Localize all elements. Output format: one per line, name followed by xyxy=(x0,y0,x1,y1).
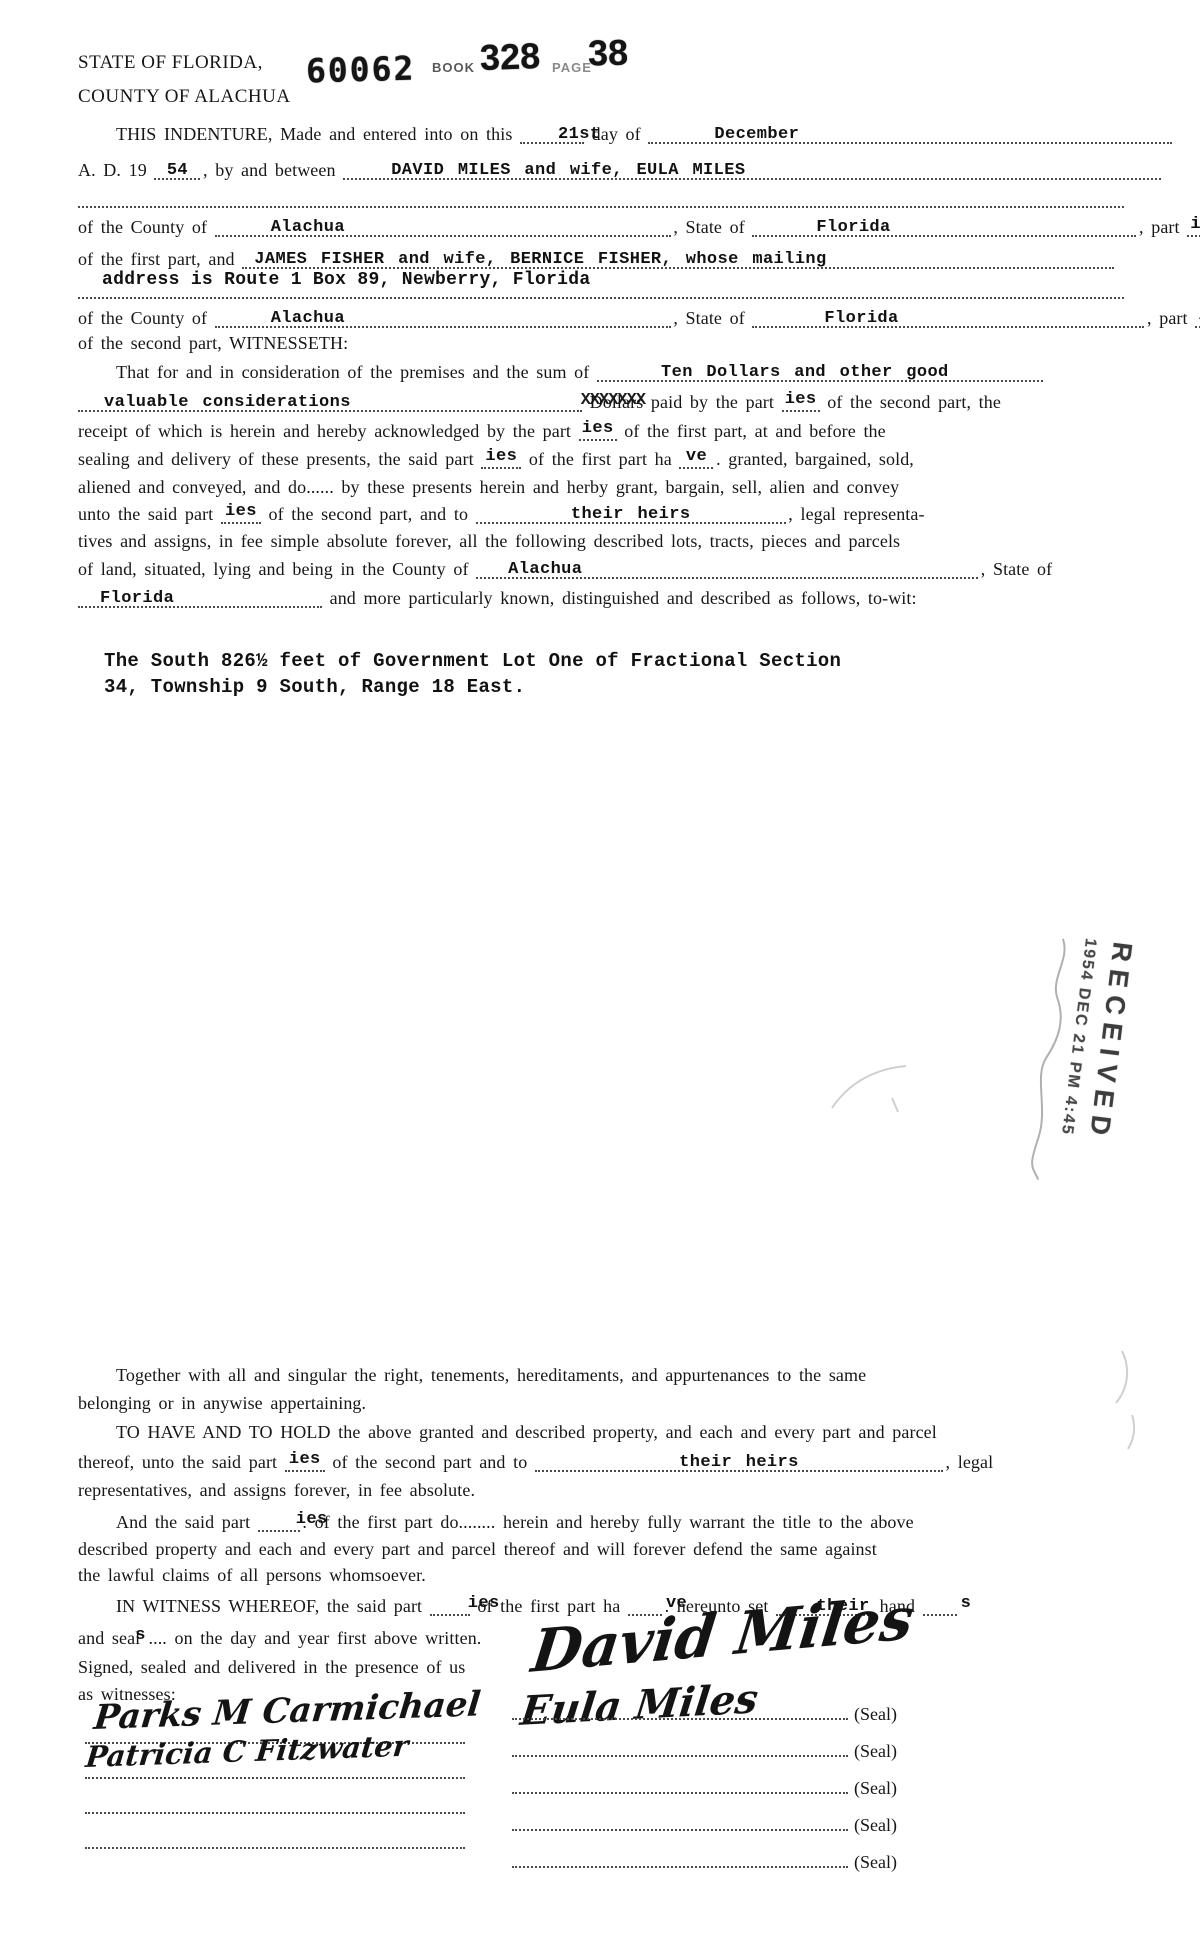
heirs-blank-1: their heirs xyxy=(476,502,786,524)
seal-label: (Seal) xyxy=(854,1815,897,1835)
typed-county-1: Alachua xyxy=(271,218,345,237)
printed-text: of the second part, the xyxy=(827,392,1001,412)
signature-line xyxy=(512,1848,848,1868)
typed-ies-7: ies xyxy=(289,1450,321,1469)
printed-text: described property and each and every pa… xyxy=(78,1539,877,1559)
to-have-line-3: representatives, and assigns forever, in… xyxy=(78,1478,1124,1502)
ve-blank-1: ve xyxy=(679,447,713,469)
printed-text: . granted, bargained, sold, xyxy=(716,449,914,469)
printed-text: thereof, unto the said part xyxy=(78,1452,277,1472)
seal-label: (Seal) xyxy=(854,1778,897,1798)
printed-text: , part xyxy=(1147,308,1188,328)
typed-s-1: s xyxy=(961,1594,972,1613)
unto-line: unto the said part ies of the second par… xyxy=(78,502,1124,526)
seal-label: (Seal) xyxy=(854,1852,897,1872)
printed-text: And the said part xyxy=(116,1512,250,1532)
typed-ies-1: ies xyxy=(1190,215,1200,234)
printed-text: , State of xyxy=(981,559,1053,579)
printed-text: , legal representa- xyxy=(788,504,924,524)
legal-description-line-1: The South 826½ feet of Government Lot On… xyxy=(104,650,841,672)
receipt-line: receipt of which is herein and hereby ac… xyxy=(78,419,1124,443)
county-state-line-1: of the County of Alachua , State of Flor… xyxy=(78,215,1124,239)
typed-their-heirs-1: their heirs xyxy=(571,505,691,524)
witnesseth-line: of the second part, WITNESSETH: xyxy=(78,331,1124,355)
book-word-stamp: BOOK xyxy=(432,60,475,75)
dotted-rule xyxy=(78,206,1124,208)
warrant-line-3: the lawful claims of all persons whomsoe… xyxy=(78,1563,1124,1587)
printed-text: aliened and conveyed, and do...... by th… xyxy=(78,477,899,497)
part-blank-4: ies xyxy=(579,419,617,441)
printed-text: . of the first part do........ herein an… xyxy=(302,1512,913,1532)
signature-line xyxy=(512,1700,848,1720)
seal-row-5: (Seal) xyxy=(512,1848,897,1873)
grantees-blank: JAMES FISHER and wife, BERNICE FISHER, w… xyxy=(242,247,1114,269)
seal-row-3: (Seal) xyxy=(512,1774,897,1799)
printed-text: , by and between xyxy=(203,160,336,180)
witness-line-2 xyxy=(85,1777,465,1779)
typed-considerations: valuable considerations xyxy=(104,393,351,412)
printed-text: of the first part, at and before the xyxy=(624,421,886,441)
printed-text: and more particularly known, distinguish… xyxy=(330,588,917,608)
printed-text: paid by the part xyxy=(651,392,774,412)
witness-line-4 xyxy=(85,1847,465,1849)
typed-land-state: Florida xyxy=(100,589,174,608)
heirs-blank-2: their heirs xyxy=(535,1450,943,1472)
tives-line: tives and assigns, in fee simple absolut… xyxy=(78,529,1124,553)
part-blank-8: ies xyxy=(258,1510,300,1532)
typed-year: 54 xyxy=(167,161,188,180)
printed-text: of the second part and to xyxy=(332,1452,527,1472)
typed-state-2: Florida xyxy=(824,309,898,328)
received-stamp: RECEIVED 1954 DEC 21 PM 4:45 xyxy=(972,928,1138,1242)
warrant-line-2: described property and each and every pa… xyxy=(78,1537,1124,1561)
to-have-line-2: thereof, unto the said part ies of the s… xyxy=(78,1450,1124,1474)
typed-ies-6: ies xyxy=(225,502,257,521)
typed-month: December xyxy=(714,125,799,144)
typed-their-heirs-2: their heirs xyxy=(679,1453,799,1472)
book-number-stamp: 328 xyxy=(479,35,541,79)
printed-text: the lawful claims of all persons whomsoe… xyxy=(78,1565,426,1585)
printed-text: THIS INDENTURE, Made and entered into on… xyxy=(116,124,512,144)
dollars-overstrike: Dollars XXXXXXX xyxy=(590,390,644,414)
printed-text: receipt of which is herein and hereby ac… xyxy=(78,421,571,441)
witness-line-3 xyxy=(85,1812,465,1814)
typed-ies-3: ies xyxy=(785,390,817,409)
part-blank-7: ies xyxy=(285,1450,325,1472)
typed-address-line: address is Route 1 Box 89, Newberry, Flo… xyxy=(102,270,590,290)
consideration-line-1: That for and in consideration of the pre… xyxy=(78,360,1124,384)
part-blank-1: ies xyxy=(1187,215,1200,237)
part-blank-9: ies xyxy=(430,1594,470,1616)
stray-pen-mark xyxy=(822,1058,912,1118)
typed-ies-9: ies xyxy=(468,1594,500,1613)
to-have-line-1: TO HAVE AND TO HOLD the above granted an… xyxy=(78,1420,1124,1444)
warrant-line-1: And the said part ies . of the first par… xyxy=(78,1510,1124,1534)
state-blank-2: Florida xyxy=(752,306,1144,328)
indenture-line-2: A. D. 19 54 , by and between DAVID MILES… xyxy=(78,158,1124,182)
printed-text: , State of xyxy=(673,308,745,328)
part-blank-3: ies xyxy=(782,390,820,412)
typed-county-2: Alachua xyxy=(271,309,345,328)
month-blank: December xyxy=(648,122,1172,144)
typed-day: 21st xyxy=(558,125,600,144)
part-blank-6: ies xyxy=(221,502,261,524)
printed-text: of the second part, and to xyxy=(269,504,469,524)
printed-text: A. D. 19 xyxy=(78,160,147,180)
consideration-line-2: valuable considerations Dollars XXXXXXX … xyxy=(78,390,1124,414)
printed-text: IN WITNESS WHEREOF, the said part xyxy=(116,1596,422,1616)
day-blank: 21st xyxy=(520,122,584,144)
typed-land-county: Alachua xyxy=(508,560,582,579)
land-line-2: Florida and more particularly known, dis… xyxy=(78,586,1124,610)
printed-text: , legal xyxy=(946,1452,994,1472)
hand-s-blank: s xyxy=(923,1594,957,1616)
signature-line xyxy=(512,1774,848,1794)
signature-line xyxy=(512,1737,848,1757)
year-blank: 54 xyxy=(154,158,200,180)
printed-text: of the first part, and xyxy=(78,249,235,269)
state-heading: STATE OF FLORIDA, xyxy=(78,52,263,74)
printed-text: of the County of xyxy=(78,217,207,237)
typed-grantors: DAVID MILES and wife, EULA MILES xyxy=(391,161,745,180)
printed-text: of the second part, WITNESSETH: xyxy=(78,333,348,353)
printed-text: of the County of xyxy=(78,308,207,328)
aliened-line: aliened and conveyed, and do...... by th… xyxy=(78,475,1124,499)
seal-label: (Seal) xyxy=(854,1741,897,1761)
typed-ies-5: ies xyxy=(485,447,517,466)
county-blank-2: Alachua xyxy=(215,306,671,328)
signature-line xyxy=(512,1811,848,1831)
typed-ies-8: ies xyxy=(296,1510,328,1529)
printed-text: That for and in consideration of the pre… xyxy=(116,362,589,382)
land-line: of land, situated, lying and being in th… xyxy=(78,557,1124,581)
printed-text: Together with all and singular the right… xyxy=(116,1365,866,1385)
printed-text: unto the said part xyxy=(78,504,213,524)
considerations-blank: valuable considerations xyxy=(78,390,582,412)
deed-document-page: STATE OF FLORIDA, COUNTY OF ALACHUA 6006… xyxy=(0,0,1200,1949)
county-heading: COUNTY OF ALACHUA xyxy=(78,86,291,108)
printed-text: tives and assigns, in fee simple absolut… xyxy=(78,531,900,551)
printed-text: .... on the day and year first above wri… xyxy=(149,1628,482,1648)
sealing-line: sealing and delivery of these presents, … xyxy=(78,447,1124,471)
seal-row-1: (Seal) xyxy=(512,1700,897,1725)
typed-sum: Ten Dollars and other good xyxy=(661,363,949,382)
printed-text: belonging or in anywise appertaining. xyxy=(78,1393,366,1413)
part-blank-5: ies xyxy=(481,447,521,469)
typed-s-2: s xyxy=(135,1626,146,1645)
page-word-stamp: PAGE xyxy=(552,60,592,75)
printed-text: TO HAVE AND TO HOLD the above granted an… xyxy=(116,1422,937,1442)
printed-text: sealing and delivery of these presents, … xyxy=(78,449,474,469)
typed-ies-4: ies xyxy=(582,419,614,438)
state-blank-1: Florida xyxy=(752,215,1136,237)
sum-blank: Ten Dollars and other good xyxy=(597,360,1043,382)
page-number-stamp: 38 xyxy=(588,32,629,75)
first-part-line: of the first part, and JAMES FISHER and … xyxy=(78,247,1124,271)
typed-ve-1: ve xyxy=(686,447,707,466)
printed-text: and seal xyxy=(78,1628,140,1648)
printed-text: representatives, and assigns forever, in… xyxy=(78,1480,475,1500)
document-number-stamp: 60062 xyxy=(306,49,416,91)
grantors-blank: DAVID MILES and wife, EULA MILES xyxy=(343,158,1161,180)
printed-text: of the first part ha xyxy=(529,449,672,469)
county-state-line-2: of the County of Alachua , State of Flor… xyxy=(78,306,1124,330)
county-blank-1: Alachua xyxy=(215,215,671,237)
land-state-blank: Florida xyxy=(78,586,322,608)
seal-label: (Seal) xyxy=(854,1704,897,1724)
printed-text: , State of xyxy=(673,217,745,237)
typed-state-1: Florida xyxy=(816,218,890,237)
together-line-1: Together with all and singular the right… xyxy=(78,1363,1124,1387)
indenture-line-1: THIS INDENTURE, Made and entered into on… xyxy=(78,122,1124,146)
printed-text: , part xyxy=(1139,217,1180,237)
printed-text: Signed, sealed and delivered in the pres… xyxy=(78,1657,465,1677)
typed-grantees: JAMES FISHER and wife, BERNICE FISHER, w… xyxy=(254,250,826,269)
legal-description-line-2: 34, Township 9 South, Range 18 East. xyxy=(104,676,525,698)
part-blank-2: ies xyxy=(1195,306,1200,328)
seal-row-2: (Seal) xyxy=(512,1737,897,1762)
printed-text: of land, situated, lying and being in th… xyxy=(78,559,469,579)
typed-x-strikeout: XXXXXXX xyxy=(581,389,645,413)
dotted-rule xyxy=(78,297,1124,299)
land-county-blank: Alachua xyxy=(476,557,978,579)
seal-row-4: (Seal) xyxy=(512,1811,897,1836)
together-line-2: belonging or in anywise appertaining. xyxy=(78,1391,1124,1415)
